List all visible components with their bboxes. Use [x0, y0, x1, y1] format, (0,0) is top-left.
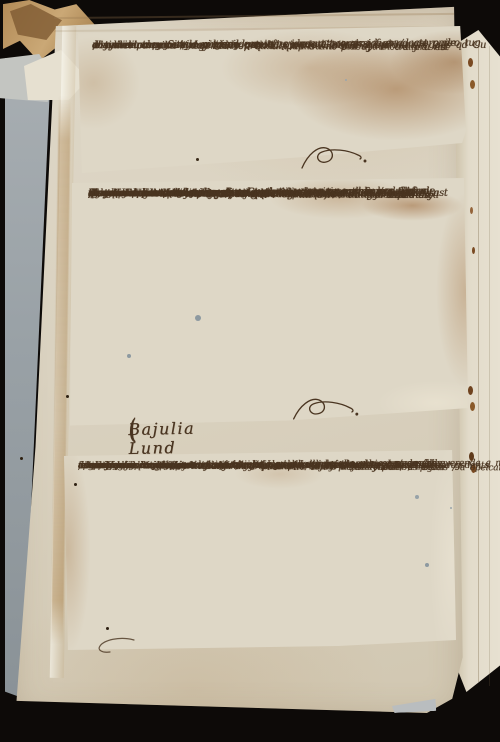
- section-heading-text: Bajulia Lund: [128, 419, 196, 458]
- blue-grey-specks: [195, 315, 201, 321]
- pen-trial-mark: [94, 634, 140, 656]
- handwritten-line: ar parffad gpicunt / tenetur a deber . d…: [78, 458, 436, 475]
- handwritten-line: p̃o tote apl ano tini aj m pl ordo . a v…: [90, 185, 301, 202]
- ink-dots: [66, 395, 69, 398]
- pasted-slip-2: [70, 178, 468, 428]
- notarial-flourish: [298, 141, 368, 173]
- folio-crease-lines: [478, 42, 479, 682]
- handwritten-line: coy lilet pannano / day barcton qd tibi …: [92, 38, 447, 56]
- folio-brown-spots: [468, 58, 473, 67]
- notarial-flourish: [289, 392, 360, 426]
- pasted-slip-3: [64, 450, 456, 650]
- manuscript-photo: p° ud dilcto nro Aymerico de panolia vic…: [0, 0, 500, 742]
